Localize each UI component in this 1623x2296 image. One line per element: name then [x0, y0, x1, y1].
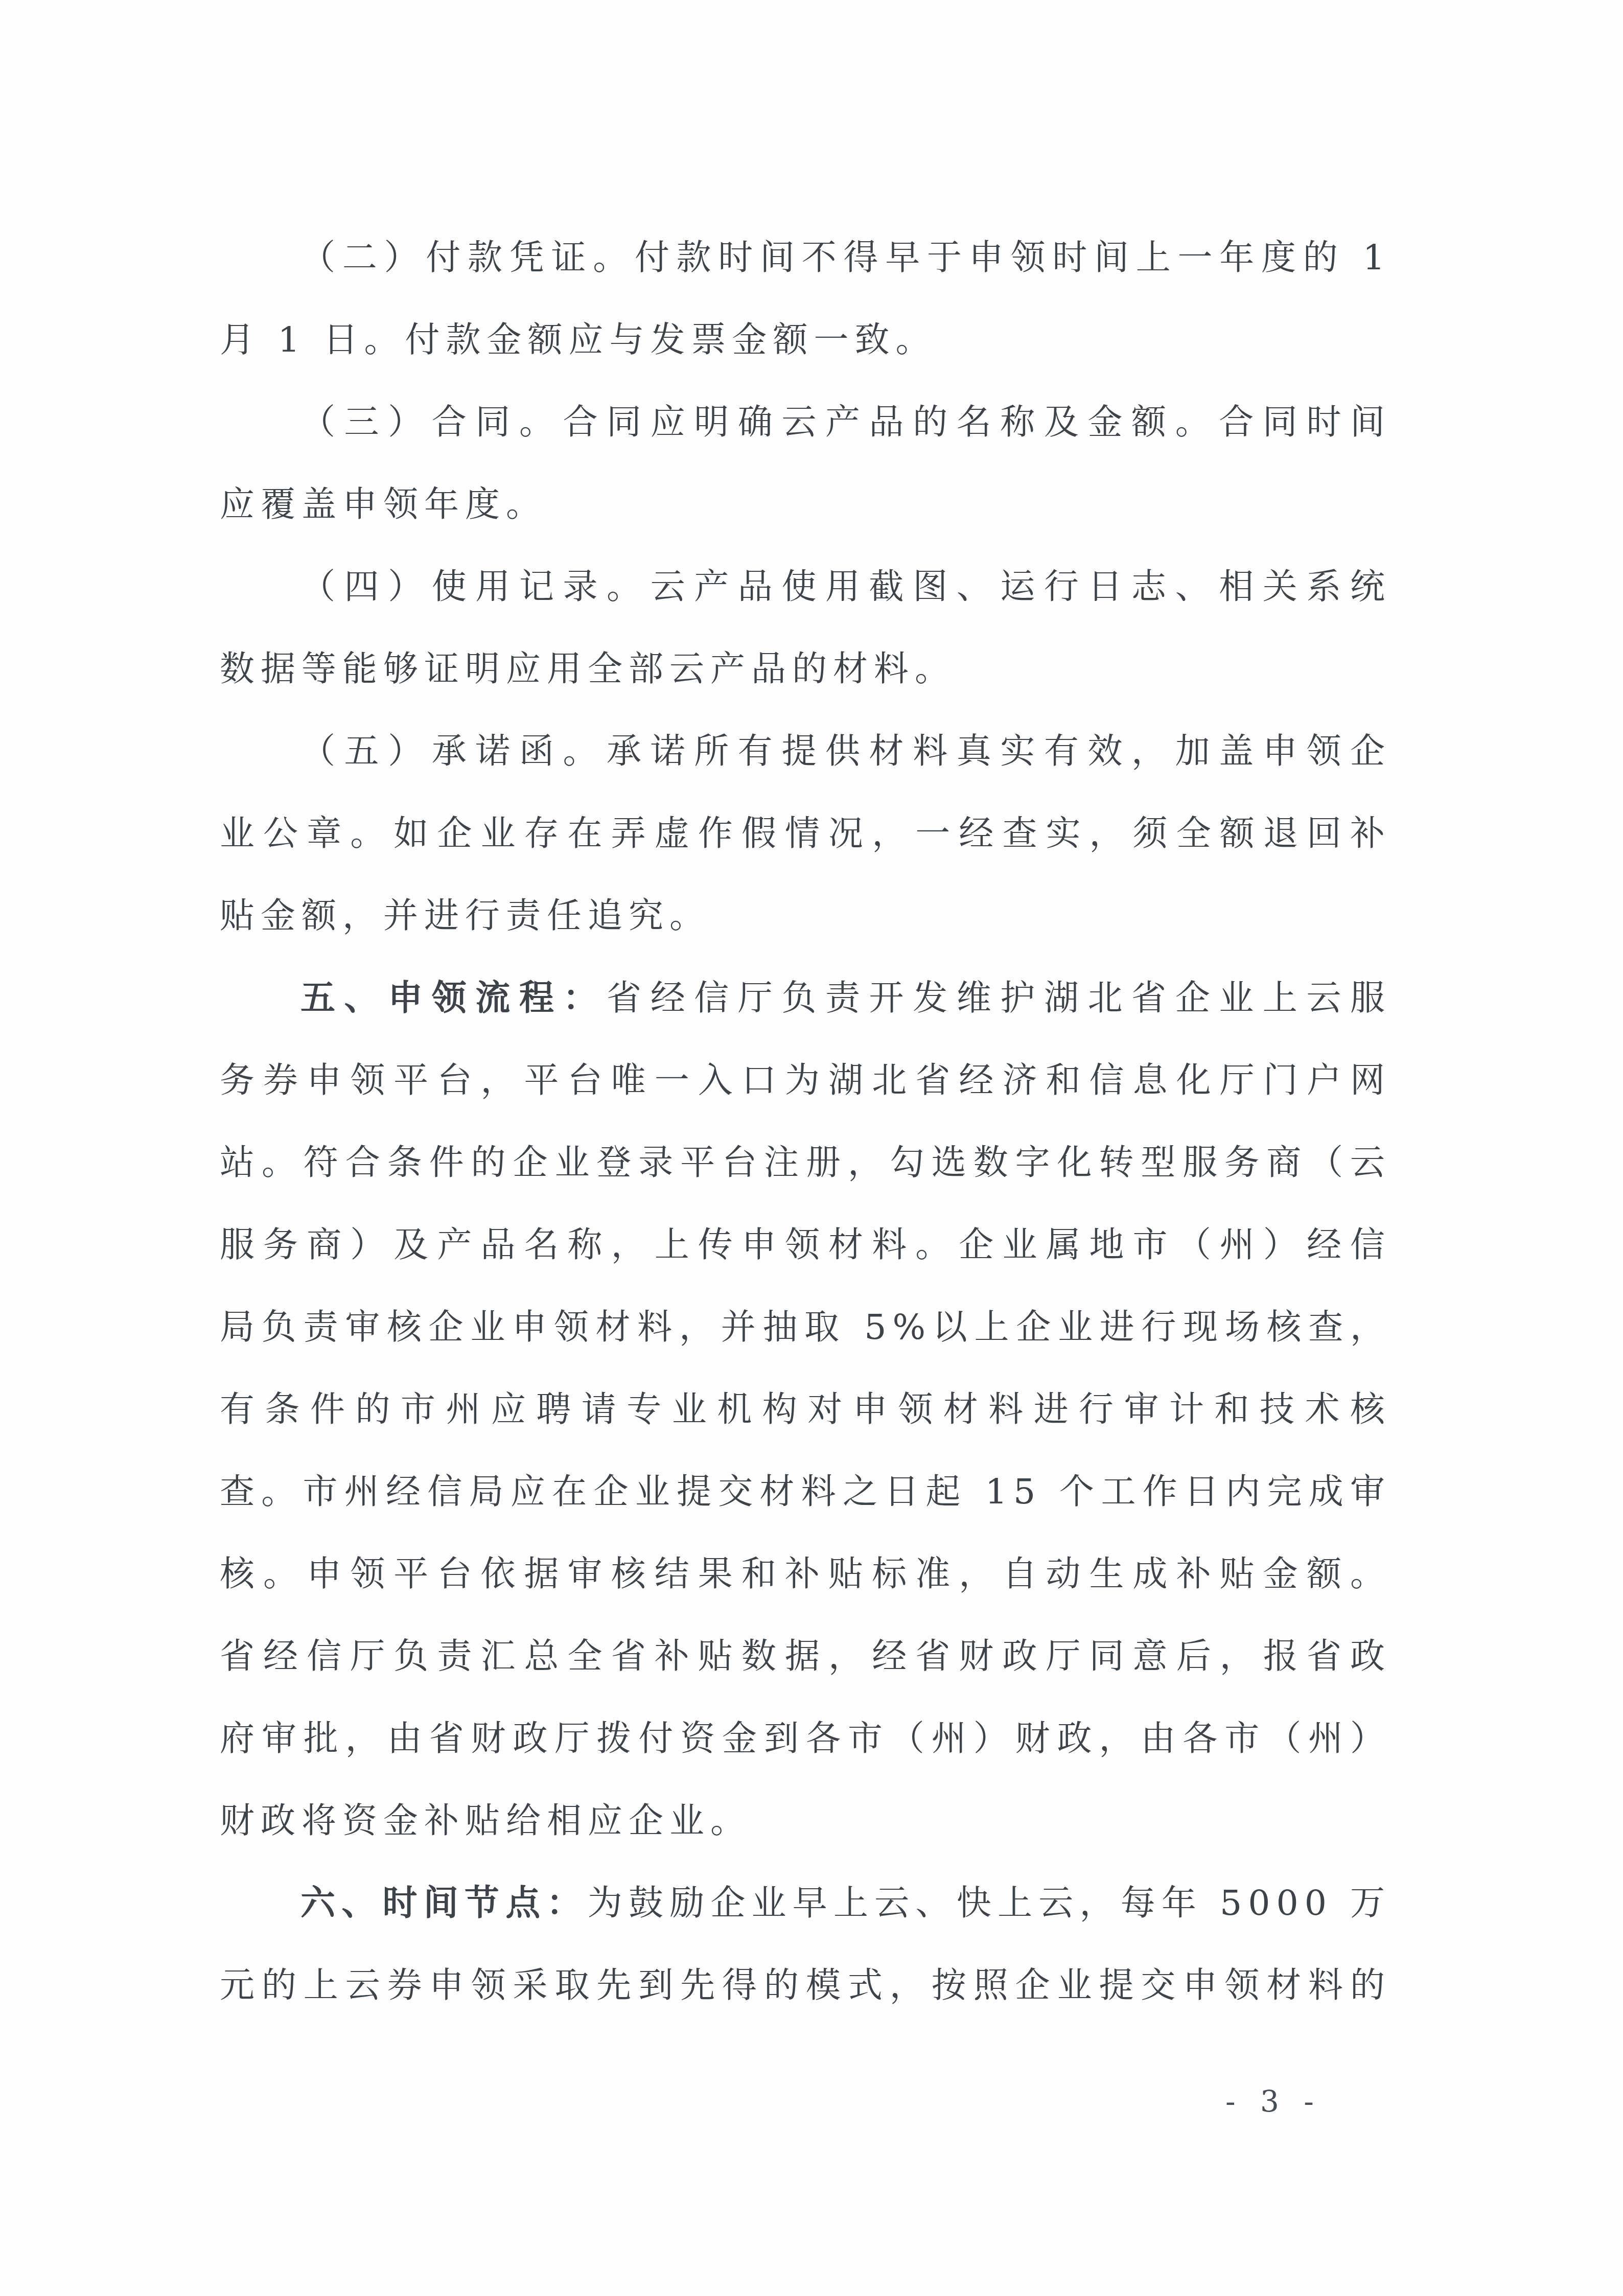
- section-heading: 五、申领流程：: [300, 978, 607, 1018]
- text-line: 数据等能够证明应用全部云产品的材料。: [220, 628, 1391, 710]
- text-line: 查。市州经信局应在企业提交材料之日起 15 个工作日内完成审: [220, 1451, 1391, 1533]
- text-line: （三）合同。合同应明确云产品的名称及金额。合同时间: [220, 381, 1391, 463]
- text-line: 有条件的市州应聘请专业机构对申领材料进行审计和技术核: [220, 1369, 1391, 1451]
- text-line: 务券申领平台，平台唯一入口为湖北省经济和信息化厅门户网: [220, 1039, 1391, 1122]
- text-line: （四）使用记录。云产品使用截图、运行日志、相关系统: [220, 546, 1391, 628]
- text-line: 六、时间节点：为鼓励企业早上云、快上云，每年 5000 万: [220, 1862, 1391, 1944]
- text-line: 元的上云券申领采取先到先得的模式，按照企业提交申领材料的: [220, 1944, 1391, 2027]
- line-text: 为鼓励企业早上云、快上云，每年 5000 万: [588, 1883, 1391, 1923]
- text-line: （五）承诺函。承诺所有提供材料真实有效，加盖申领企: [220, 710, 1391, 793]
- text-line: 贴金额，并进行责任追究。: [220, 875, 1391, 957]
- text-line: 局负责审核企业申领材料，并抽取 5%以上企业进行现场核查，: [220, 1286, 1391, 1369]
- text-line: 核。申领平台依据审核结果和补贴标准，自动生成补贴金额。: [220, 1533, 1391, 1615]
- line-text: 省经信厅负责开发维护湖北省企业上云服: [607, 978, 1391, 1018]
- text-line: 月 1 日。付款金额应与发票金额一致。: [220, 299, 1391, 381]
- text-line: 财政将资金补贴给相应企业。: [220, 1780, 1391, 1862]
- text-line: 省经信厅负责汇总全省补贴数据，经省财政厅同意后，报省政: [220, 1615, 1391, 1698]
- section-heading: 六、时间节点：: [300, 1883, 588, 1923]
- text-line: 五、申领流程：省经信厅负责开发维护湖北省企业上云服: [220, 957, 1391, 1039]
- text-line: 应覆盖申领年度。: [220, 463, 1391, 546]
- text-line: 站。符合条件的企业登录平台注册，勾选数字化转型服务商（云: [220, 1122, 1391, 1204]
- document-page: （二）付款凭证。付款时间不得早于申领时间上一年度的 1 月 1 日。付款金额应与…: [0, 0, 1623, 2296]
- text-line: 府审批，由省财政厅拨付资金到各市（州）财政，由各市（州）: [220, 1698, 1391, 1780]
- page-number: - 3 -: [1225, 2084, 1318, 2119]
- text-line: 业公章。如企业存在弄虚作假情况，一经查实，须全额退回补: [220, 793, 1391, 875]
- document-body: （二）付款凭证。付款时间不得早于申领时间上一年度的 1 月 1 日。付款金额应与…: [220, 217, 1391, 2027]
- text-line: 服务商）及产品名称，上传申领材料。企业属地市（州）经信: [220, 1204, 1391, 1286]
- text-line: （二）付款凭证。付款时间不得早于申领时间上一年度的 1: [220, 217, 1391, 299]
